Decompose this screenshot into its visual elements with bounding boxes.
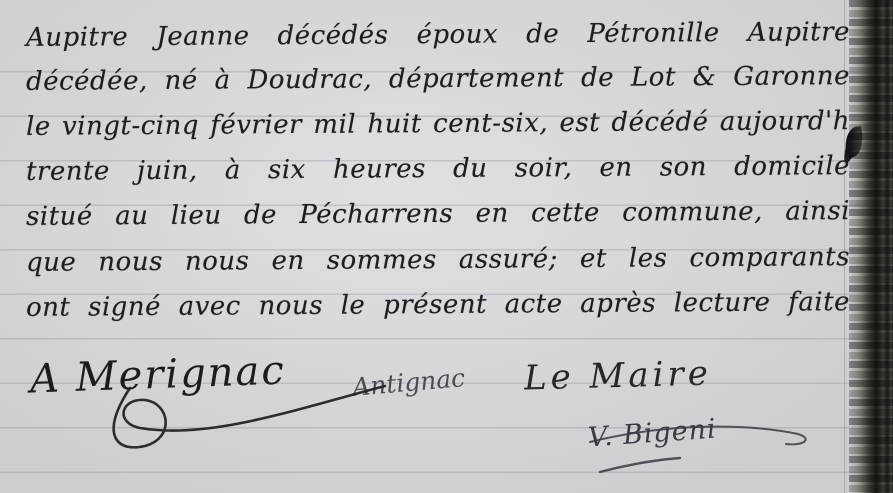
- manuscript-line-5: situé au lieu de Pécharrens en cette com…: [26, 196, 850, 232]
- page-binding-edge: [849, 0, 893, 493]
- page-edge-line: [844, 0, 845, 493]
- manuscript-line-3: le vingt-cinq février mil huit cent-six,…: [26, 106, 850, 142]
- manuscript-line-4: trente juin, à six heures du soir, en so…: [26, 151, 850, 187]
- binding-texture: [849, 0, 893, 493]
- manuscript-line-2: décédée, né à Doudrac, département de Lo…: [26, 61, 850, 97]
- manuscript-line-1: Aupitre Jeanne décédés époux de Pétronil…: [26, 17, 850, 53]
- document-page: Aupitre Jeanne décédés époux de Pétronil…: [0, 0, 893, 493]
- signature-antignac: Antignac: [351, 363, 466, 402]
- signature-merignac: A Merignac: [29, 348, 286, 403]
- manuscript-line-6: que nous nous en sommes assuré; et les c…: [26, 242, 850, 278]
- signature-mayor: V. Bigeni: [587, 414, 718, 454]
- signature-le-maire: Le Maire: [524, 354, 713, 399]
- manuscript-line-7: ont signé avec nous le présent acte aprè…: [26, 287, 850, 323]
